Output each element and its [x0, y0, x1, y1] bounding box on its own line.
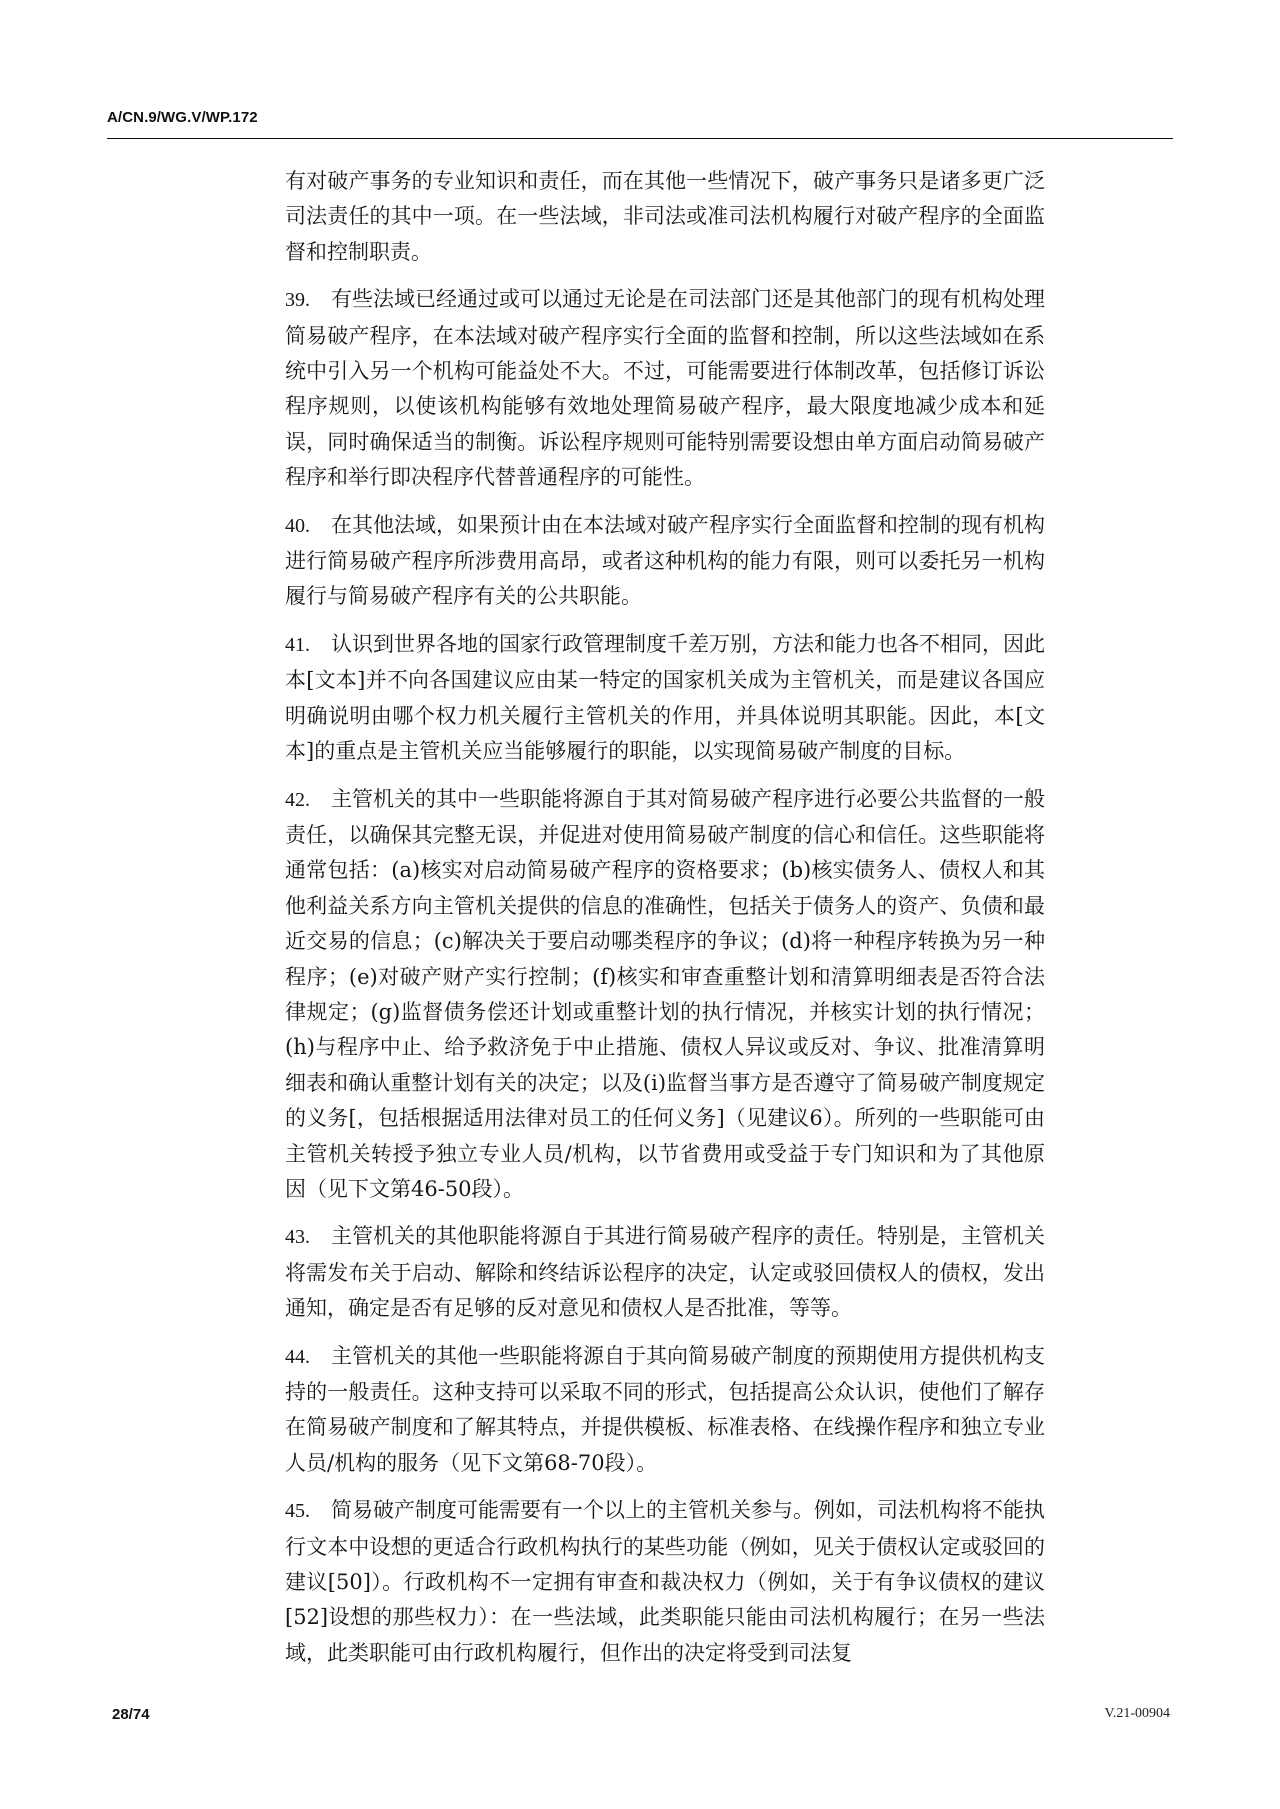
paragraph-39: 39.有些法域已经通过或可以通过无论是在司法部门还是其他部门的现有机构处理简易破…	[285, 282, 1045, 495]
page-header: A/CN.9/WG.V/WP.172	[107, 108, 1173, 128]
paragraph-45: 45.简易破产制度可能需要有一个以上的主管机关参与。例如，司法机构将不能执行文本…	[285, 1493, 1045, 1671]
paragraph-text: 简易破产制度可能需要有一个以上的主管机关参与。例如，司法机构将不能执行文本中设想…	[285, 1498, 1045, 1665]
paragraph-text: 主管机关的其他一些职能将源自于其向简易破产制度的预期使用方提供机构支持的一般责任…	[285, 1344, 1045, 1475]
paragraph-continued: 有对破产事务的专业知识和责任，而在其他一些情况下，破产事务只是诸多更广泛司法责任…	[285, 164, 1045, 270]
document-symbol: A/CN.9/WG.V/WP.172	[107, 108, 1173, 128]
header-rule	[107, 138, 1173, 139]
paragraph-number: 40.	[285, 509, 331, 544]
document-body: 有对破产事务的专业知识和责任，而在其他一些情况下，破产事务只是诸多更广泛司法责任…	[285, 164, 1045, 1683]
paragraph-text: 在其他法域，如果预计由在本法域对破产程序实行全面监督和控制的现有机构进行简易破产…	[285, 513, 1045, 609]
paragraph-text: 主管机关的其中一些职能将源自于其对简易破产程序进行必要公共监督的一般责任，以确保…	[285, 787, 1045, 1201]
paragraph-40: 40.在其他法域，如果预计由在本法域对破产程序实行全面监督和控制的现有机构进行简…	[285, 508, 1045, 615]
paragraph-number: 41.	[285, 628, 331, 663]
paragraph-42: 42.主管机关的其中一些职能将源自于其对简易破产程序进行必要公共监督的一般责任，…	[285, 782, 1045, 1208]
paragraph-number: 44.	[285, 1340, 331, 1375]
paragraph-number: 42.	[285, 783, 331, 818]
paragraph-number: 43.	[285, 1220, 331, 1255]
paragraph-text: 认识到世界各地的国家行政管理制度千差万别，方法和能力也各不相同，因此本[文本]并…	[285, 632, 1045, 763]
paragraph-text: 有对破产事务的专业知识和责任，而在其他一些情况下，破产事务只是诸多更广泛司法责任…	[285, 169, 1045, 264]
paragraph-text: 主管机关的其他职能将源自于其进行简易破产程序的责任。特别是，主管机关将需发布关于…	[285, 1224, 1045, 1320]
page-footer: 28/74 V.21-00904	[112, 1706, 1170, 1730]
page-number: 28/74	[112, 1706, 150, 1723]
paragraph-number: 45.	[285, 1494, 331, 1529]
paragraph-number: 39.	[285, 283, 331, 318]
paragraph-44: 44.主管机关的其他一些职能将源自于其向简易破产制度的预期使用方提供机构支持的一…	[285, 1339, 1045, 1482]
paragraph-text: 有些法域已经通过或可以通过无论是在司法部门还是其他部门的现有机构处理简易破产程序…	[285, 287, 1045, 489]
paragraph-41: 41.认识到世界各地的国家行政管理制度千差万别，方法和能力也各不相同，因此本[文…	[285, 627, 1045, 770]
paragraph-43: 43.主管机关的其他职能将源自于其进行简易破产程序的责任。特别是，主管机关将需发…	[285, 1219, 1045, 1326]
job-number: V.21-00904	[1105, 1706, 1170, 1722]
